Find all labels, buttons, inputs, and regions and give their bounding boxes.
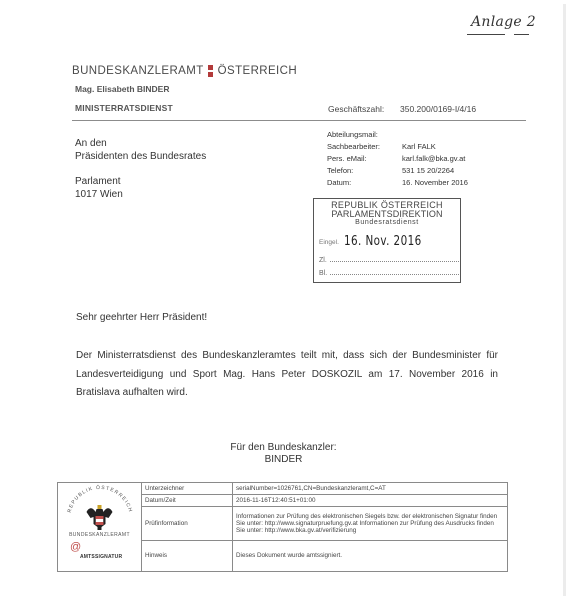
org-name-right: ÖSTERREICH bbox=[218, 65, 297, 77]
official-seal: REPUBLIK ÖSTERREICH BUNDESKANZLERAMT @ A… bbox=[58, 483, 142, 572]
signer-value: serialNumber=1026761,CN=Bundeskanzleramt… bbox=[233, 483, 508, 495]
meta-row-phone: Telefon:531 15 20/2264 bbox=[327, 165, 468, 177]
email-link[interactable]: karl.falk@bka.gv.at bbox=[402, 154, 465, 163]
reference-label: Geschäftszahl: bbox=[328, 104, 384, 114]
note-value: Dieses Dokument wurde amtssigniert. bbox=[233, 540, 508, 571]
handwritten-annotation: Anlage 2 bbox=[471, 14, 536, 30]
verification-info: Informationen zur Prüfung des elektronis… bbox=[233, 507, 508, 540]
letterhead-logo: BUNDESKANZLERAMT ÖSTERREICH bbox=[72, 65, 297, 77]
meta-row-date: Datum:16. November 2016 bbox=[327, 177, 468, 189]
stamp-bl-field: Bl. bbox=[319, 268, 459, 277]
sender-department: MINISTERRATSDIENST bbox=[75, 103, 173, 113]
receipt-stamp: REPUBLIK ÖSTERREICH PARLAMENTSDIREKTION … bbox=[313, 198, 461, 283]
received-label: Eingel. bbox=[319, 239, 339, 246]
closing: Für den Bundeskanzler: BINDER bbox=[0, 442, 567, 466]
stamp-zl-field: Zl. bbox=[319, 255, 459, 264]
reference-number: 350.200/0169-I/4/16 bbox=[400, 104, 476, 114]
signatory: BINDER bbox=[0, 454, 567, 466]
signature-table: REPUBLIK ÖSTERREICH BUNDESKANZLERAMT @ A… bbox=[57, 482, 508, 572]
annotation-underline bbox=[467, 34, 505, 35]
datetime-value: 2016-11-16T12:40:51+01:00 bbox=[233, 495, 508, 507]
received-date: 16. Nov. 2016 bbox=[344, 234, 422, 249]
scan-edge bbox=[563, 4, 566, 596]
meta-row-department-mail: Abteilungsmail: bbox=[327, 128, 468, 140]
salutation: Sehr geehrter Herr Präsident! bbox=[76, 312, 207, 323]
meta-row-email: Pers. eMail:karl.falk@bka.gv.at bbox=[327, 152, 468, 164]
meta-row-clerk: Sachbearbeiter:Karl FALK bbox=[327, 140, 468, 152]
contact-meta: Abteilungsmail: Sachbearbeiter:Karl FALK… bbox=[327, 128, 468, 189]
letter-body: Der Ministerratsdienst des Bundeskanzler… bbox=[76, 347, 498, 403]
red-squares-icon bbox=[208, 65, 213, 77]
sender-name: Mag. Elisabeth BINDER bbox=[75, 84, 169, 94]
header-divider bbox=[72, 120, 526, 121]
at-sign-icon: @ bbox=[70, 541, 81, 553]
annotation-underline bbox=[514, 34, 529, 35]
recipient-address: An den Präsidenten des Bundesrates Parla… bbox=[75, 138, 206, 201]
org-name-left: BUNDESKANZLERAMT bbox=[72, 65, 204, 77]
